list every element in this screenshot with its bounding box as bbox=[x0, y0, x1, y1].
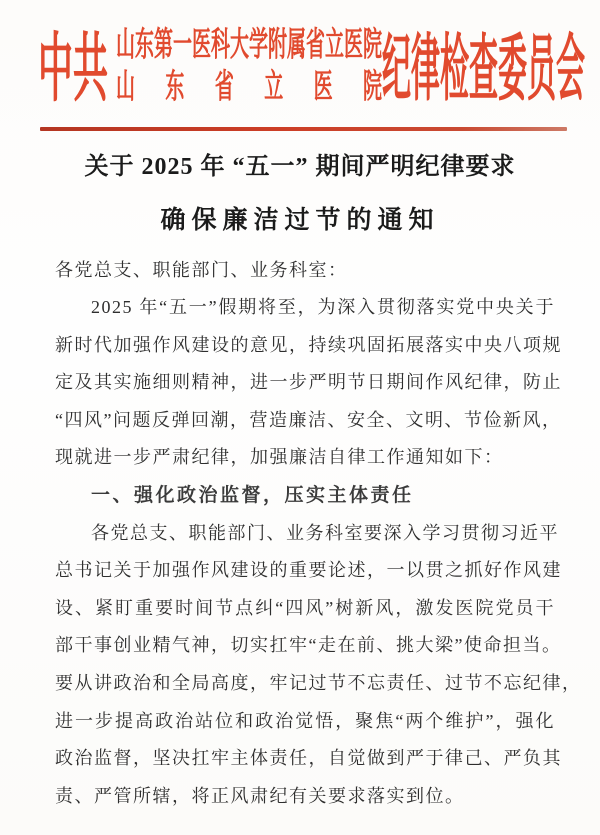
org-name-line1: 山东第一医科大学附属省立医院 bbox=[116, 22, 382, 63]
body-line: 设、紧盯重要时间节点纠“四风”树新风，激发医院党员干 bbox=[55, 590, 555, 628]
salutation-line: 各党总支、职能部门、业务科室： bbox=[55, 252, 555, 290]
scanned-notice-page: 中共 山东第一医科大学附属省立医院 山东省立医院 纪律检查委员会 关于 2025… bbox=[0, 0, 600, 835]
party-prefix-text: 中共 bbox=[38, 10, 108, 118]
paragraph-2: 各党总支、职能部门、业务科室要深入学习贯彻习近平 总书记关于加强作风建设的重要论… bbox=[55, 515, 555, 816]
body-line: “四风”问题反弹回潮，营造廉洁、安全、文明、节俭新风， bbox=[55, 402, 555, 440]
org-name-line1-text: 山东第一医科大学附属省立医院 bbox=[116, 19, 382, 66]
body-line: 部干事创业精气神，切实扛牢“走在前、挑大梁”使命担当。 bbox=[55, 627, 555, 665]
committee-text: 纪律检查委员会 bbox=[382, 13, 585, 116]
body-line: 责、严管所辖，将正风肃纪有关要求落实到位。 bbox=[55, 778, 555, 816]
document-body: 各党总支、职能部门、业务科室： 2025 年“五一”假期将至，为深入贯彻落实党中… bbox=[55, 252, 555, 816]
body-line: 新时代加强作风建设的意见，持续巩固拓展落实中央八项规 bbox=[55, 327, 555, 365]
letterhead-committee: 纪律检查委员会 bbox=[382, 21, 585, 107]
title-line-2: 确保廉洁过节的通知 bbox=[0, 201, 600, 241]
title-line-1: 关于 2025 年 “五一” 期间严明纪律要求 bbox=[0, 147, 600, 187]
body-line: 各党总支、职能部门、业务科室要深入学习贯彻习近平 bbox=[55, 515, 555, 553]
red-letterhead: 中共 山东第一医科大学附属省立医院 山东省立医院 纪律检查委员会 bbox=[38, 21, 575, 107]
document-title: 关于 2025 年 “五一” 期间严明纪律要求 确保廉洁过节的通知 bbox=[0, 147, 600, 241]
body-line: 要从讲政治和全局高度，牢记过节不忘责任、过节不忘纪律， bbox=[55, 665, 555, 703]
red-divider-line bbox=[40, 127, 567, 131]
body-line: 总书记关于加强作风建设的重要论述，一以贯之抓好作风建 bbox=[55, 552, 555, 590]
org-name-line2-text: 山东省立医院 bbox=[116, 61, 382, 108]
body-line: 现就进一步严肃纪律，加强廉洁自律工作通知如下： bbox=[55, 439, 555, 477]
org-name-line2: 山东省立医院 bbox=[116, 64, 382, 105]
paragraph-1: 2025 年“五一”假期将至，为深入贯彻落实党中央关于 新时代加强作风建设的意见… bbox=[55, 289, 555, 477]
letterhead-party-prefix: 中共 bbox=[38, 21, 108, 107]
letterhead-org-block: 山东第一医科大学附属省立医院 山东省立医院 bbox=[116, 21, 382, 107]
body-line: 定及其实施细则精神，进一步严明节日期间作风纪律，防止 bbox=[55, 364, 555, 402]
body-line: 政治监督，坚决扛牢主体责任，自觉做到严于律己、严负其 bbox=[55, 740, 555, 778]
body-line: 进一步提高政治站位和政治觉悟，聚焦“两个维护”，强化 bbox=[55, 703, 555, 741]
section-heading-1: 一、强化政治监督，压实主体责任 bbox=[55, 477, 555, 515]
body-line: 2025 年“五一”假期将至，为深入贯彻落实党中央关于 bbox=[55, 289, 555, 327]
